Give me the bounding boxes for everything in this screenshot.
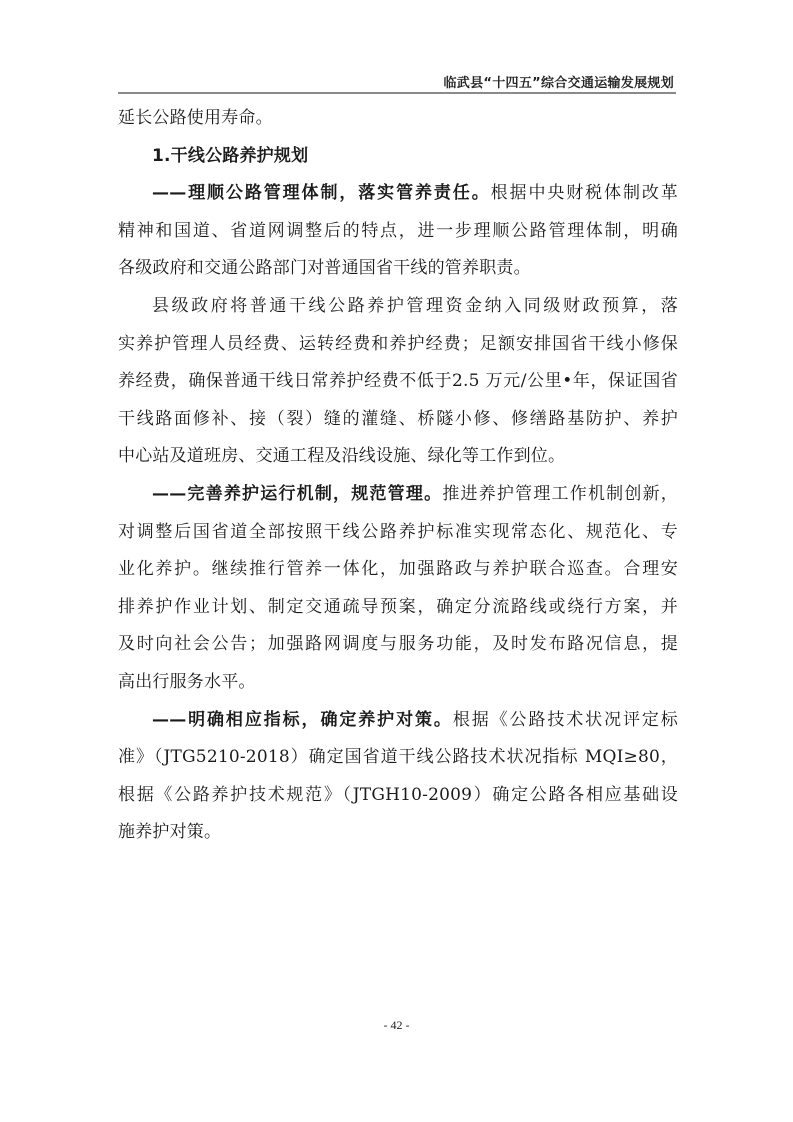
document-title: 临武县“十四五”综合交通运输发展规划 <box>444 72 675 91</box>
paragraph-4-line: 根据《公路养护技术规范》（JTGH10-2009）确定公路各相应基础设 <box>118 777 678 815</box>
paragraph-3-line: 对调整后国省道全部按照干线公路养护标准实现常态化、规范化、专 <box>118 514 678 552</box>
page-number: - 42 - <box>0 1018 793 1033</box>
paragraph-3-line: 排养护作业计划、制定交通疏导预案，确定分流路线或绕行方案，并 <box>118 589 678 627</box>
paragraph-3-line: ——完善养护运行机制，规范管理。推进养护管理工作机制创新， <box>118 476 678 514</box>
paragraph-1-line: ——理顺公路管理体制，落实管养责任。根据中央财税体制改革 <box>118 175 678 213</box>
page-body: 延长公路使用寿命。 1.干线公路养护规划 ——理顺公路管理体制，落实管养责任。根… <box>118 100 678 852</box>
paragraph-2-line: 养经费，确保普通干线日常养护经费不低于2.5 万元/公里•年，保证国省 <box>118 363 678 401</box>
paragraph-4-lead: ——明确相应指标，确定养护对策。 <box>152 710 453 730</box>
paragraph-4-line: 施养护对策。 <box>118 814 678 852</box>
paragraph-4-line: 准》（JTG5210-2018）确定国省道干线公路技术状况指标 MQI≥80， <box>118 739 678 777</box>
paragraph-1-line: 精神和国道、省道网调整后的特点，进一步理顺公路管理体制，明确 <box>118 213 678 251</box>
paragraph-3-line: 业化养护。继续推行管养一体化，加强路政与养护联合巡查。合理安 <box>118 551 678 589</box>
paragraph-4-line: ——明确相应指标，确定养护对策。根据《公路技术状况评定标 <box>118 702 678 740</box>
paragraph-1-lead: ——理顺公路管理体制，落实管养责任。 <box>152 183 491 203</box>
section-heading: 1.干线公路养护规划 <box>118 138 678 176</box>
paragraph-3-line: 及时向社会公告；加强路网调度与服务功能，及时发布路况信息，提 <box>118 626 678 664</box>
paragraph-1-line: 各级政府和交通公路部门对普通国省干线的管养职责。 <box>118 250 678 288</box>
paragraph-3-lead: ——完善养护运行机制，规范管理。 <box>152 484 442 504</box>
running-header: 临武县“十四五”综合交通运输发展规划 <box>118 70 676 94</box>
paragraph-2-line: 中心站及道班房、交通工程及沿线设施、绿化等工作到位。 <box>118 438 678 476</box>
paragraph-2-line: 实养护管理人员经费、运转经费和养护经费；足额安排国省干线小修保 <box>118 326 678 364</box>
paragraph-2-line: 县级政府将普通干线公路养护管理资金纳入同级财政预算，落 <box>118 288 678 326</box>
paragraph-2-line: 干线路面修补、接（裂）缝的灌缝、桥隧小修、修缮路基防护、养护 <box>118 401 678 439</box>
paragraph-3-line: 高出行服务水平。 <box>118 664 678 702</box>
continued-text-line: 延长公路使用寿命。 <box>118 100 678 138</box>
